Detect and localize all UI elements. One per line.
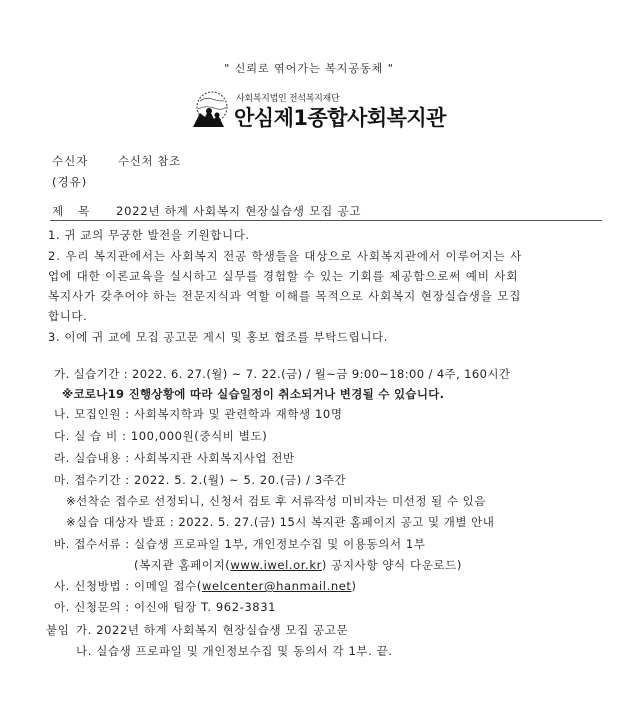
paragraph-2-line-1: 2. 우리 복지관에서는 사회복지 전공 학생들을 대상으로 사회복지관에서 이… — [48, 248, 522, 264]
documents-suffix: ) 공지사항 양식 다운로드) — [322, 558, 462, 572]
attachment-item-1: 가. 2022년 하계 사회복지 현장실습생 모집 공고문 — [76, 622, 348, 638]
paragraph-3: 3. 이에 귀 교에 모집 공고문 게시 및 홍보 협조를 부탁드립니다. — [48, 329, 388, 345]
method-suffix: ) — [352, 579, 357, 593]
subject-label: 제 목 — [52, 203, 90, 219]
paragraph-1: 1. 귀 교의 무궁한 발전을 기원합니다. — [48, 227, 250, 243]
organization-logo-icon — [190, 89, 234, 129]
detail-application-method: 사. 신청방법 : 이메일 접수(welcenter@hanmail.net) — [54, 578, 357, 594]
paragraph-2-line-3: 복지사가 갖추어야 하는 전문지식과 역할 이해를 목적으로 사회복지 현장실습… — [48, 288, 521, 304]
documents-prefix: (복지관 홈페이지( — [134, 558, 230, 572]
attachment-item-2: 나. 실습생 프로파일 및 개인정보수집 및 동의서 각 1부. 끝. — [76, 643, 393, 659]
recipient-label: 수신자 — [52, 153, 88, 169]
detail-inquiry: 아. 신청문의 : 이신애 팀장 T. 962-3831 — [54, 599, 276, 615]
organization-name: 안심제1종합사회복지관 — [234, 102, 446, 132]
detail-documents: 바. 접수서류 : 실습생 프로파일 1부, 개인정보수집 및 이용동의서 1부 — [54, 536, 426, 552]
detail-application-period: 마. 접수기간 : 2022. 5. 2.(월) ~ 5. 20.(금) / 3… — [54, 472, 346, 488]
detail-period-note: ※코로나19 진행상황에 따라 실습일정이 취소되거나 변경될 수 있습니다. — [62, 386, 444, 402]
homepage-link[interactable]: www.iwel.or.kr — [230, 558, 322, 572]
detail-fee: 다. 실 습 비 : 100,000원(중식비 별도) — [54, 428, 267, 444]
method-prefix: 사. 신청방법 : 이메일 접수( — [54, 579, 202, 593]
via-label: (경유) — [52, 174, 87, 190]
attachments-label: 붙임 — [46, 622, 69, 638]
detail-period: 가. 실습기간 : 2022. 6. 27.(월) ~ 7. 22.(금) / … — [54, 366, 510, 382]
subject-value: 2022년 하계 사회복지 현장실습생 모집 공고 — [116, 203, 361, 219]
recipient-value: 수신처 참조 — [118, 153, 181, 169]
paragraph-2-line-4: 합니다. — [48, 308, 87, 324]
subject-divider — [50, 220, 602, 221]
detail-application-note-2: ※실습 대상자 발표 : 2022. 5. 27.(금) 15시 복지관 홈페이… — [66, 514, 494, 530]
detail-application-note-1: ※선착순 접수로 선정되니, 신청서 검토 후 서류작성 미비자는 미선정 될 … — [66, 493, 486, 509]
detail-documents-continued: (복지관 홈페이지(www.iwel.or.kr) 공지사항 양식 다운로드) — [134, 557, 462, 573]
slogan: " 신뢰로 엮어가는 복지공동체 " — [0, 60, 618, 76]
detail-content: 라. 실습내용 : 사회복지관 사회복지사업 전반 — [54, 450, 295, 466]
paragraph-2-line-2: 업에 대한 이론교육을 실시하고 실무를 경험할 수 있는 기회를 제공함으로써… — [48, 268, 518, 284]
detail-recruits: 나. 모집인원 : 사회복지학과 및 관련학과 재학생 10명 — [54, 406, 343, 422]
email-link[interactable]: welcenter@hanmail.net — [202, 579, 352, 593]
